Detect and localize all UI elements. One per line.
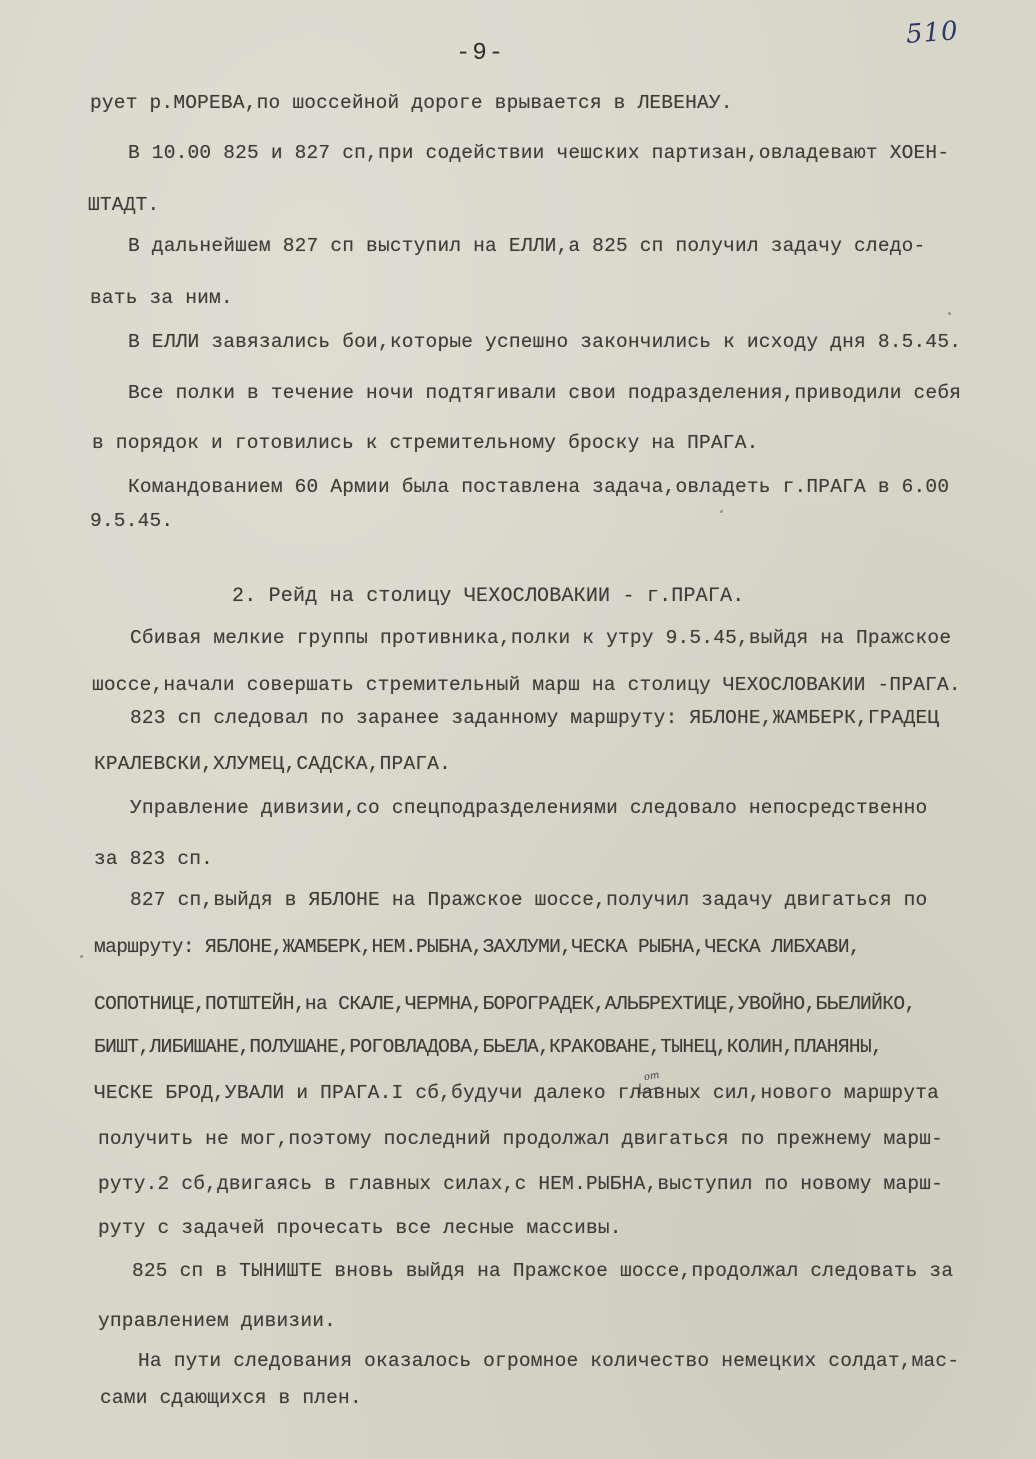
text-line: ШТАДТ. (88, 194, 159, 216)
paper-speck (720, 510, 723, 513)
text-line: маршруту: ЯБЛОНЕ,ЖАМБЕРК,НЕМ.РЫБНА,ЗАХЛУ… (94, 936, 860, 958)
text-line: руту.2 сб,двигаясь в главных силах,с НЕМ… (98, 1173, 943, 1195)
text-line: Командованием 60 Армии была поставлена з… (128, 476, 949, 498)
archive-folio-number: 510 (905, 16, 960, 50)
document-page: 510 -9- рует р.МОРЕВА,по шоссейной дорог… (0, 0, 1036, 1459)
text-line: рует р.МОРЕВА,по шоссейной дороге врывае… (90, 92, 733, 114)
text-line: Управление дивизии,со спецподразделениям… (130, 797, 927, 819)
text-line: за 823 сп. (94, 848, 213, 870)
text-line: в порядок и готовились к стремительному … (92, 432, 759, 454)
text-line: Сбивая мелкие группы противника,полки к … (130, 627, 951, 649)
text-line: 827 сп,выйдя в ЯБЛОНЕ на Пражское шоссе,… (130, 889, 927, 911)
text-line: СОПОТНИЦЕ,ПОТШТЕЙН,на СКАЛЕ,ЧЕРМНА,БОРОГ… (94, 993, 916, 1015)
text-line: вать за ним. (90, 287, 233, 309)
text-line: 825 сп в ТЫНИШТЕ вновь выйдя на Пражское… (132, 1260, 953, 1282)
text-line: БИШТ,ЛИБИШАНЕ,ПОЛУШАНЕ,РОГОВЛАДОВА,БЬЕЛА… (94, 1036, 882, 1058)
text-line: 823 сп следовал по заранее заданному мар… (130, 707, 939, 729)
section-heading: 2. Рейд на столицу ЧЕХОСЛОВАКИИ - г.ПРАГ… (232, 585, 744, 608)
text-line: На пути следования оказалось огромное ко… (138, 1350, 959, 1372)
text-line: В дальнейшем 827 сп выступил на ЕЛЛИ,а 8… (128, 235, 925, 257)
text-line: руту с задачей прочесать все лесные масс… (98, 1217, 622, 1239)
text-line: В 10.00 825 и 827 сп,при содействии чешс… (128, 142, 949, 164)
text-line: ЧЕСКЕ БРОД,УВАЛИ и ПРАГА.I сб,будучи дал… (94, 1082, 939, 1104)
text-line: шоссе,начали совершать стремительный мар… (92, 674, 961, 696)
text-line: управлением дивизии. (98, 1310, 336, 1332)
text-line: сами сдающихся в плен. (100, 1387, 362, 1409)
paper-speck (948, 312, 951, 315)
text-line: Все полки в течение ночи подтягивали сво… (128, 382, 961, 404)
text-line: получить не мог,поэтому последний продол… (98, 1128, 943, 1150)
paper-speck (80, 955, 83, 958)
text-line: КРАЛЕВСКИ,ХЛУМЕЦ,САДСКА,ПРАГА. (94, 753, 451, 775)
text-line: 9.5.45. (90, 510, 173, 532)
page-number: -9- (456, 40, 505, 67)
text-line: В ЕЛЛИ завязались бои,которые успешно за… (128, 331, 961, 353)
